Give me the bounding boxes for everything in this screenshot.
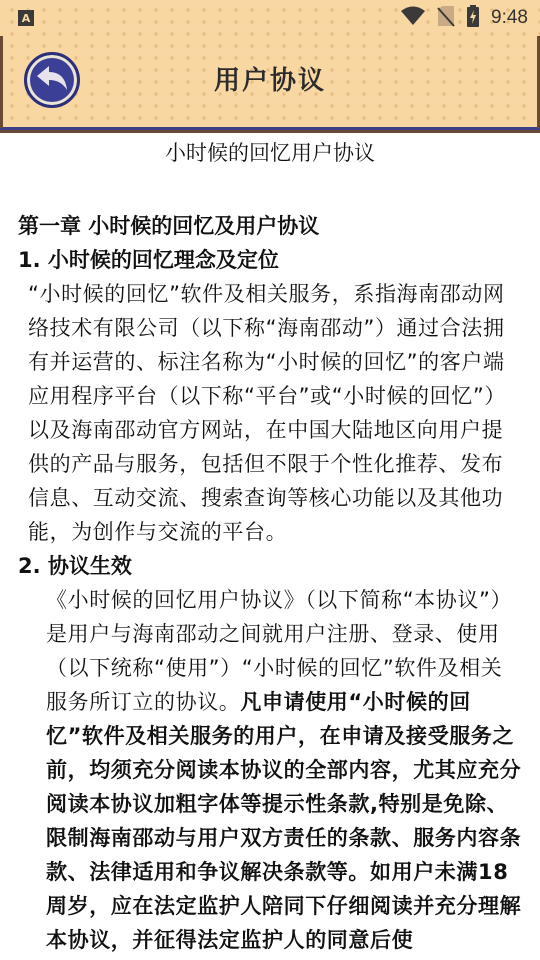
page-title: 用户协议: [0, 60, 540, 97]
agreement-content[interactable]: 小时候的回忆用户协议 第一章 小时候的回忆及用户协议 1. 小时候的回忆理念及定…: [0, 133, 540, 960]
no-sim-icon: [437, 5, 455, 31]
app-notification-icon: A: [18, 10, 34, 26]
section-heading: 1. 小时候的回忆理念及定位: [18, 243, 522, 277]
status-bar: A 9:48: [0, 0, 540, 36]
top-app-bar: A 9:48 用户协议: [0, 0, 540, 130]
section-heading: 2. 协议生效: [18, 549, 522, 583]
chapter-heading: 第一章 小时候的回忆及用户协议: [18, 209, 522, 243]
section-body: 《小时候的回忆用户协议》（以下简称“本协议”）是用户与海南邵动之间就用户注册、登…: [18, 583, 522, 957]
document-title: 小时候的回忆用户协议: [18, 135, 522, 171]
clock: 9:48: [491, 7, 528, 29]
body-bold-text: 凡申请使用“小时候的回忆”软件及相关服务的用户，在申请及接受服务之前，均须充分阅…: [46, 690, 521, 952]
section-body: “小时候的回忆”软件及相关服务，系指海南邵动网络技术有限公司（以下称“海南邵动”…: [18, 277, 522, 549]
wifi-icon: [401, 6, 425, 30]
battery-charging-icon: [467, 5, 479, 31]
